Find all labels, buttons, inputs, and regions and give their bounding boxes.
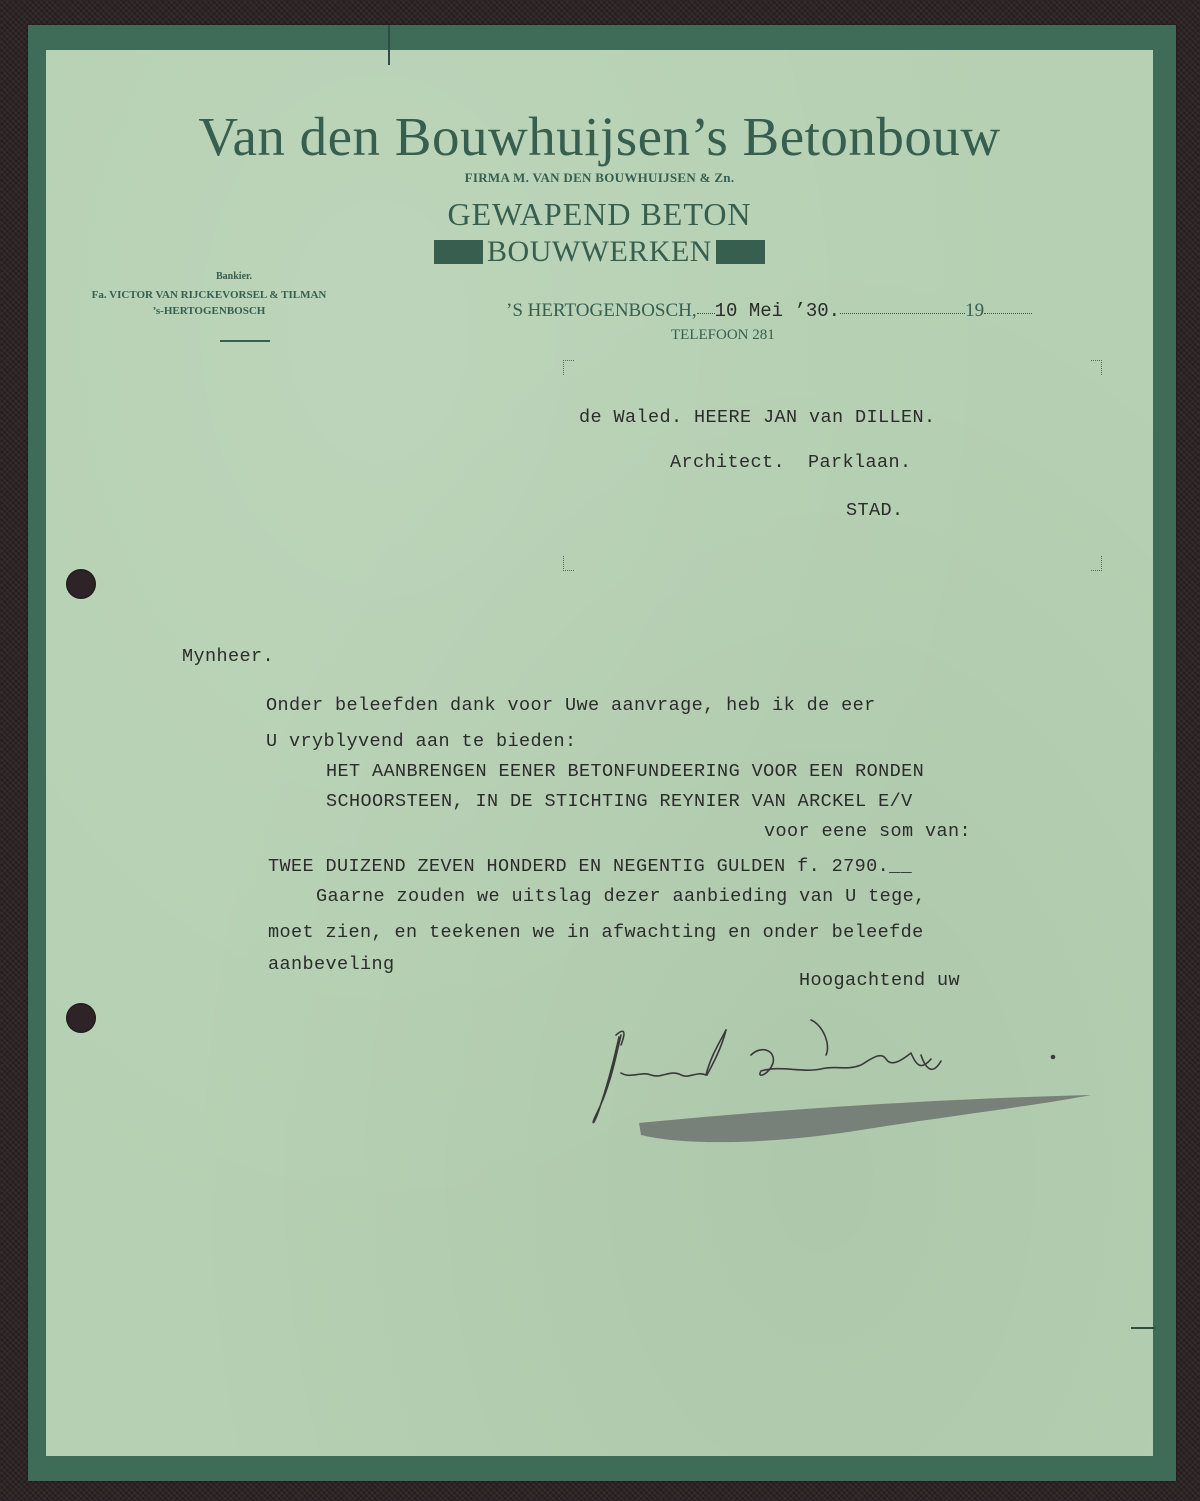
body-line: SCHOORSTEEN, IN DE STICHTING REYNIER VAN… [326, 791, 913, 812]
block-ornament-left [434, 240, 483, 264]
body-line: moet zien, en teekenen we in afwachting … [268, 922, 924, 943]
margin-tick [1131, 1327, 1155, 1329]
block-ornament-right [716, 240, 765, 264]
salutation: Mynheer. [182, 646, 274, 667]
paper-sheet: Van den Bouwhuijsen’s Betonbouw FIRMA M.… [46, 50, 1153, 1456]
date-line: ’S HERTOGENBOSCH, 10 Mei ’30. 19 [506, 300, 1032, 322]
fold-mark [388, 25, 390, 65]
closing: Hoogachtend uw [799, 970, 960, 991]
bank-label: Bankier. [216, 271, 252, 282]
body-line: U vryblyvend aan te bieden: [266, 731, 577, 752]
body-line: voor eene som van: [764, 821, 971, 842]
amount-line: TWEE DUIZEND ZEVEN HONDERD EN NEGENTIG G… [268, 856, 912, 877]
year-prefix: 19 [965, 300, 984, 322]
address-corner-mark [1091, 556, 1102, 571]
bank-divider [220, 340, 270, 342]
typed-date: 10 Mei ’30. [715, 300, 840, 322]
date-dots [984, 312, 1032, 314]
address-corner-mark [563, 556, 574, 571]
bank-name: Fa. VICTOR VAN RIJCKEVORSEL & TILMAN [84, 289, 334, 301]
letter-page: Van den Bouwhuijsen’s Betonbouw FIRMA M.… [28, 25, 1176, 1481]
firm-name: FIRMA M. VAN DEN BOUWHUIJSEN & Zn. [46, 170, 1153, 186]
addressee-line-1: de Waled. HEERE JAN van DILLEN. [579, 407, 936, 428]
signature-icon [561, 1015, 1121, 1150]
body-line: Gaarne zouden we uitslag dezer aanbiedin… [316, 886, 926, 907]
addressee-line-3: STAD. [846, 500, 904, 521]
punch-hole [66, 1003, 96, 1033]
date-dots [840, 312, 965, 314]
address-corner-mark [563, 360, 574, 375]
bouwwerken-text: BOUWWERKEN [487, 235, 712, 269]
tagline-gewapend-beton: GEWAPEND BETON [46, 196, 1153, 233]
date-dots [697, 312, 715, 314]
body-line: Onder beleefden dank voor Uwe aanvrage, … [266, 695, 876, 716]
body-line: aanbeveling [268, 954, 395, 975]
tagline-bouwwerken: BOUWWERKEN [46, 235, 1153, 269]
body-line: HET AANBRENGEN EENER BETONFUNDEERING VOO… [326, 761, 924, 782]
punch-hole [66, 569, 96, 599]
company-title: Van den Bouwhuijsen’s Betonbouw [46, 105, 1153, 168]
place-name: ’S HERTOGENBOSCH, [506, 300, 697, 322]
telephone: TELEFOON 281 [671, 327, 775, 344]
addressee-line-2: Architect. Parklaan. [670, 452, 912, 473]
bank-city: ’s-HERTOGENBOSCH [84, 305, 334, 317]
address-corner-mark [1091, 360, 1102, 375]
